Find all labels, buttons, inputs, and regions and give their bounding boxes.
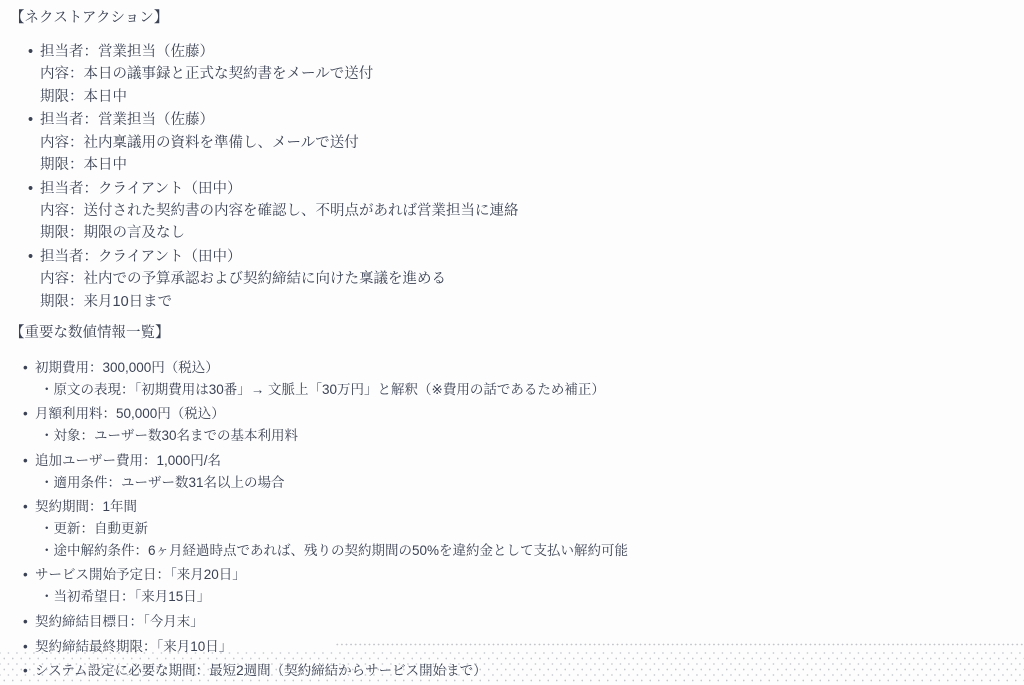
list-item-subline: ・当初希望日：「来月15日」 xyxy=(35,586,1024,608)
list-item: 担当者：クライアント（田中）内容：社内での予算承認および契約締結に向けた稟議を進… xyxy=(40,246,1024,313)
list-item-text: 担当者：営業担当（佐藤） xyxy=(40,41,1024,63)
document-page: { "page": { "background": "#fdfdfd", "te… xyxy=(0,0,1024,685)
list-item: 契約期間：1年間・更新：自動更新・途中解約条件：6ヶ月経過時点であれば、残りの契… xyxy=(35,496,1024,561)
list-item-text: 追加ユーザー費用：1,000円/名 xyxy=(35,450,1024,472)
list-item-text: 担当者：クライアント（田中） xyxy=(40,246,1024,268)
list-item-text: 初期費用：300,000円（税込） xyxy=(35,357,1024,379)
list-item: システム設定に必要な期間：最短2週間（契約締結からサービス開始まで） xyxy=(35,660,1024,682)
section-heading: 【重要な数値情報一覧】 xyxy=(10,322,1024,344)
list-item-text: サービス開始予定日：「来月20日」 xyxy=(35,564,1024,586)
list-item-subline: 期限：本日中 xyxy=(40,154,1024,176)
list-item-subline: 内容：社内での予算承認および契約締結に向けた稟議を進める xyxy=(40,268,1024,290)
list-item-subline: ・原文の表現：「初期費用は30番」→ 文脈上「30万円」と解釈（※費用の話である… xyxy=(35,379,1024,401)
list-item-text: 契約締結目標日：「今月末」 xyxy=(35,611,1024,633)
list-item: 担当者：クライアント（田中）内容：送付された契約書の内容を確認し、不明点があれば… xyxy=(40,178,1024,245)
list-item: 契約締結目標日：「今月末」 xyxy=(35,611,1024,633)
list-item-subline: ・途中解約条件：6ヶ月経過時点であれば、残りの契約期間の50%を違約金として支払… xyxy=(35,540,1024,562)
list-item-subline: 期限：本日中 xyxy=(40,86,1024,108)
section-heading: 【ネクストアクション】 xyxy=(10,7,1024,29)
list-item-subline: ・対象：ユーザー数30名までの基本利用料 xyxy=(35,425,1024,447)
list-item: サービス開始予定日：「来月20日」・当初希望日：「来月15日」 xyxy=(35,564,1024,607)
list-item-text: 担当者：営業担当（佐藤） xyxy=(40,109,1024,131)
list-item-subline: 内容：送付された契約書の内容を確認し、不明点があれば営業担当に連絡 xyxy=(40,200,1024,222)
document-content: 【ネクストアクション】 担当者：営業担当（佐藤）内容：本日の議事録と正式な契約書… xyxy=(10,7,1024,685)
list-item-subline: 内容：本日の議事録と正式な契約書をメールで送付 xyxy=(40,63,1024,85)
list-item: 契約締結最終期限：「来月10日」 xyxy=(35,636,1024,658)
list-item-subline: ・更新：自動更新 xyxy=(35,518,1024,540)
list-item-subline: 期限：期限の言及なし xyxy=(40,222,1024,244)
next-action-list: 担当者：営業担当（佐藤）内容：本日の議事録と正式な契約書をメールで送付期限：本日… xyxy=(10,41,1024,313)
list-item-text: 契約締結最終期限：「来月10日」 xyxy=(35,636,1024,658)
key-numbers-section: 【重要な数値情報一覧】 初期費用：300,000円（税込）・原文の表現：「初期費… xyxy=(10,322,1024,682)
next-action-section: 【ネクストアクション】 担当者：営業担当（佐藤）内容：本日の議事録と正式な契約書… xyxy=(10,7,1024,313)
list-item-text: 担当者：クライアント（田中） xyxy=(40,178,1024,200)
list-item: 追加ユーザー費用：1,000円/名・適用条件：ユーザー数31名以上の場合 xyxy=(35,450,1024,493)
list-item-subline: 期限：来月10日まで xyxy=(40,291,1024,313)
list-item: 月額利用料：50,000円（税込）・対象：ユーザー数30名までの基本利用料 xyxy=(35,403,1024,446)
list-item-text: 契約期間：1年間 xyxy=(35,496,1024,518)
key-numbers-list: 初期費用：300,000円（税込）・原文の表現：「初期費用は30番」→ 文脈上「… xyxy=(10,357,1024,682)
list-item: 担当者：営業担当（佐藤）内容：本日の議事録と正式な契約書をメールで送付期限：本日… xyxy=(40,41,1024,108)
list-item-text: システム設定に必要な期間：最短2週間（契約締結からサービス開始まで） xyxy=(35,660,1024,682)
list-item: 担当者：営業担当（佐藤）内容：社内稟議用の資料を準備し、メールで送付期限：本日中 xyxy=(40,109,1024,176)
list-item-subline: ・適用条件：ユーザー数31名以上の場合 xyxy=(35,472,1024,494)
list-item-text: 月額利用料：50,000円（税込） xyxy=(35,403,1024,425)
list-item: 初期費用：300,000円（税込）・原文の表現：「初期費用は30番」→ 文脈上「… xyxy=(35,357,1024,400)
list-item-subline: 内容：社内稟議用の資料を準備し、メールで送付 xyxy=(40,132,1024,154)
